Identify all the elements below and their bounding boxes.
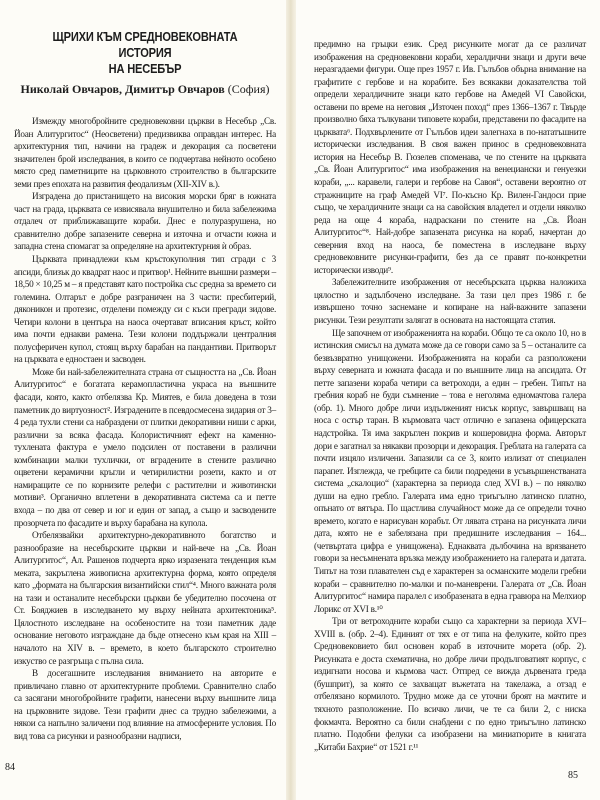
paragraph: предимно на гръцки език. Сред рисунките … (314, 38, 586, 276)
article-title: ЩРИХИ КЪМ СРЕДНОВЕКОВНАТА ИСТОРИЯ НА НЕС… (30, 29, 261, 77)
paragraph: Може би най-забележителната страна от съ… (14, 366, 276, 529)
page-number: 84 (5, 762, 15, 773)
title-line-2: НА НЕСЕБЪР (30, 61, 261, 77)
page-number: 85 (568, 770, 578, 781)
paragraph: Ще започнем от изображенията на кораби. … (314, 327, 586, 616)
paragraph: Изградена до пристанището на високия мор… (14, 190, 276, 253)
article-authors: Николай Овчаров, Димитър Овчаров (София) (14, 81, 276, 97)
paragraph: Забележителните изображения от несебърск… (314, 276, 586, 326)
left-page: ЩРИХИ КЪМ СРЕДНОВЕКОВНАТА ИСТОРИЯ НА НЕС… (0, 0, 290, 800)
paragraph: Три от ветроходните кораби също са харак… (314, 615, 586, 753)
paragraph: В досегашните изследвания вниманието на … (14, 667, 276, 742)
author-affiliation: (София) (228, 82, 270, 96)
right-page: предимно на гръцки език. Сред рисунките … (296, 0, 600, 800)
paragraph: Отбелязвайки архитектурно-декоративното … (14, 529, 276, 667)
paragraph: Измежду многобройните средновековни църк… (14, 115, 276, 190)
author-names: Николай Овчаров, Димитър Овчаров (21, 82, 225, 96)
title-line-1: ЩРИХИ КЪМ СРЕДНОВЕКОВНАТА ИСТОРИЯ (30, 29, 261, 61)
paragraph: Църквата принадлежи към кръстокуполния т… (14, 253, 276, 366)
